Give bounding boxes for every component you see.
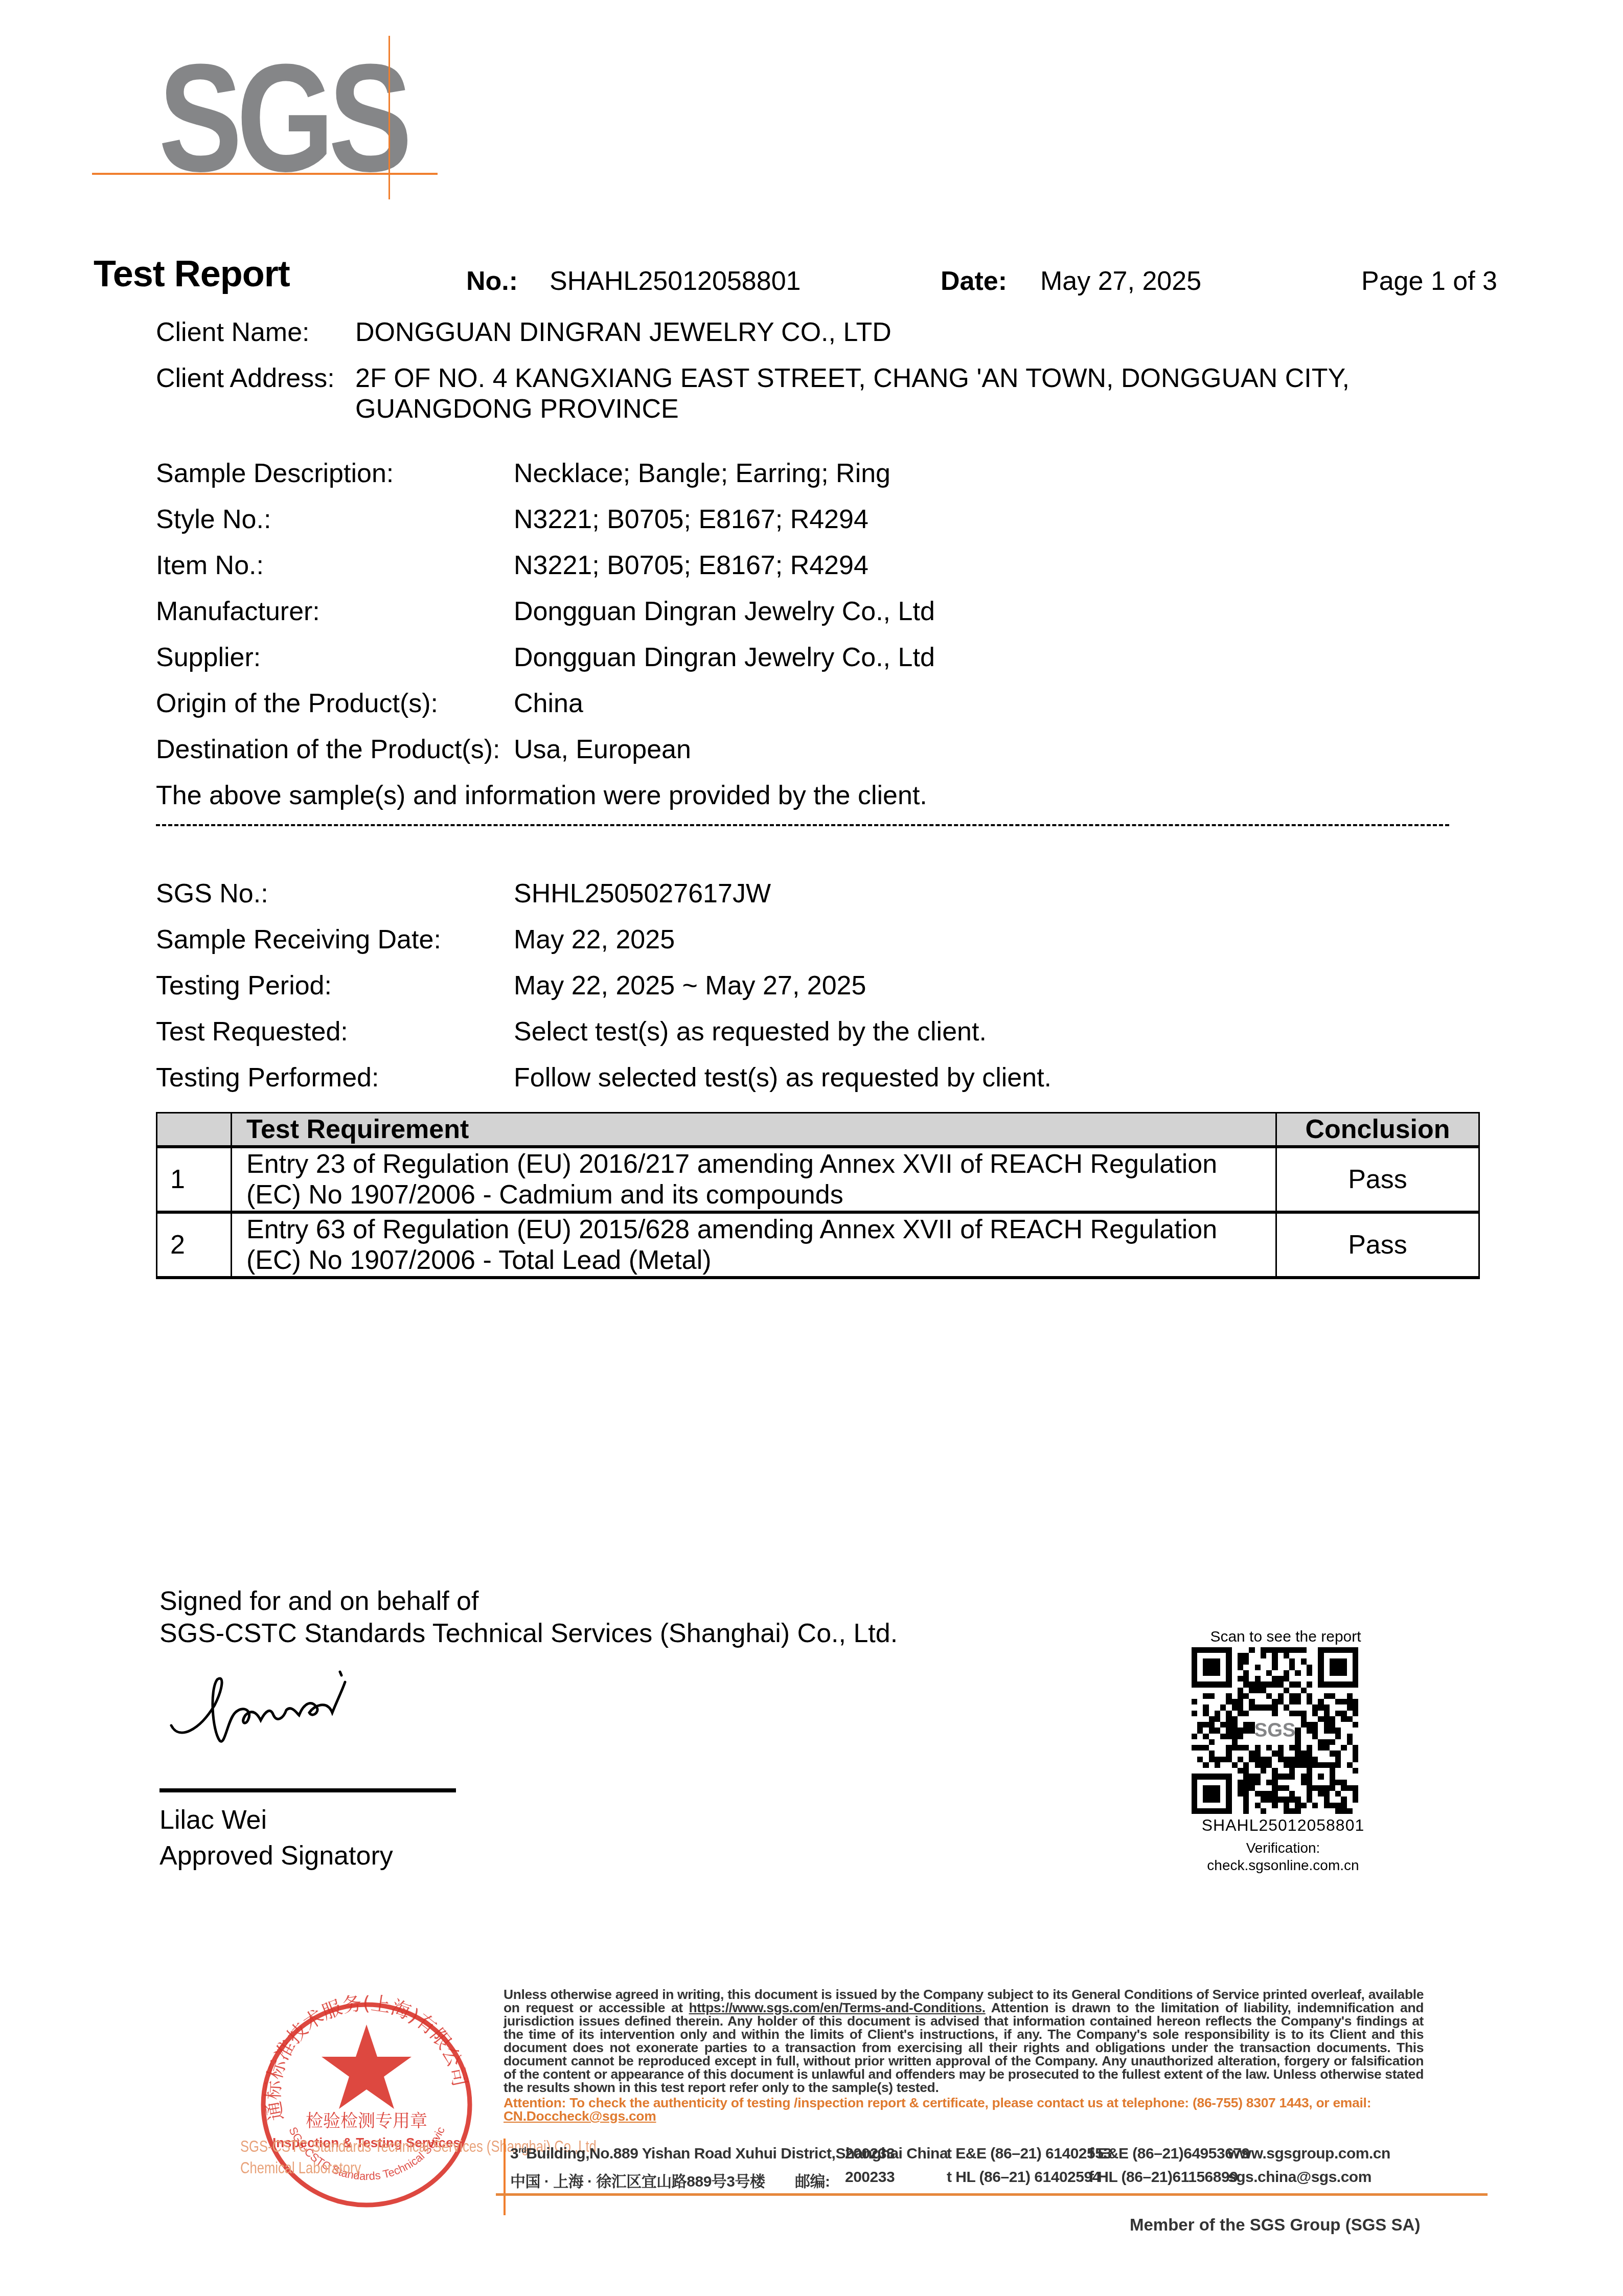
- lab-name: Chemical Laboratory: [240, 2158, 361, 2177]
- qr-caption: Scan to see the report: [1176, 1628, 1396, 1646]
- style-no: N3221; B0705; E8167; R4294: [514, 504, 868, 535]
- sgs-logo: SGS: [92, 36, 440, 204]
- fax-ee: f E&E (86–21)64953679: [1089, 2145, 1250, 2163]
- client-address-line1: 2F OF NO. 4 KANGXIANG EAST STREET, CHANG…: [355, 363, 1350, 394]
- client-name-label: Client Name:: [156, 317, 310, 348]
- sample-description-label: Sample Description:: [156, 458, 394, 489]
- requirement-line1: Entry 63 of Regulation (EU) 2015/628 ame…: [246, 1214, 1269, 1245]
- item-no: N3221; B0705; E8167; R4294: [514, 550, 868, 581]
- authenticity-notice: Attention: To check the authenticity of …: [504, 2096, 1424, 2123]
- manufacturer: Dongguan Dingran Jewelry Co., Ltd: [514, 596, 935, 627]
- address-ordinal: rd: [518, 2146, 526, 2155]
- test-requested-label: Test Requested:: [156, 1016, 348, 1047]
- sample-description: Necklace; Bangle; Earring; Ring: [514, 458, 890, 489]
- manufacturer-label: Manufacturer:: [156, 596, 320, 627]
- test-requirement: Entry 23 of Regulation (EU) 2016/217 ame…: [232, 1147, 1276, 1212]
- seal-center-cn: 检验检测专用章: [306, 2111, 427, 2131]
- signatory-name: Lilac Wei: [159, 1805, 267, 1835]
- website[interactable]: www.sgsgroup.com.cn: [1228, 2145, 1390, 2163]
- verification-label: Verification:: [1176, 1839, 1390, 1857]
- qr-verification: Verification: check.sgsonline.com.cn: [1176, 1839, 1390, 1874]
- qr-report-id: SHAHL25012058801: [1176, 1816, 1390, 1835]
- origin-label: Origin of the Product(s):: [156, 688, 438, 719]
- origin: China: [514, 688, 583, 719]
- page-indicator: Page 1 of 3: [1361, 266, 1497, 297]
- test-requested: Select test(s) as requested by the clien…: [514, 1016, 987, 1047]
- test-requirement: Entry 63 of Regulation (EU) 2015/628 ame…: [232, 1212, 1276, 1278]
- verification-site: check.sgsonline.com.cn: [1176, 1857, 1390, 1874]
- row-number: 1: [157, 1147, 232, 1212]
- receiving-date: May 22, 2025: [514, 924, 675, 955]
- testing-performed: Follow selected test(s) as requested by …: [514, 1062, 1051, 1093]
- results-table-header: Test Requirement Conclusion: [157, 1113, 1479, 1147]
- postcode-cn: 200233: [845, 2169, 895, 2186]
- destination-label: Destination of the Product(s):: [156, 734, 500, 765]
- requirement-line1: Entry 23 of Regulation (EU) 2016/217 ame…: [246, 1149, 1269, 1179]
- signed-on-behalf: Signed for and on behalf of: [159, 1586, 478, 1617]
- fax-hl: f HL (86–21)61156899: [1089, 2169, 1238, 2186]
- postcode-cn-label: 邮编:: [795, 2169, 830, 2191]
- terms-disclaimer: Unless otherwise agreed in writing, this…: [504, 1988, 1424, 2094]
- address-building-no: 3: [510, 2145, 518, 2162]
- supplier-label: Supplier:: [156, 642, 261, 673]
- address-accent-line: [504, 2139, 506, 2215]
- doccheck-email-link[interactable]: CN.Doccheck@sgs.com: [504, 2108, 656, 2124]
- sgs-group-membership: Member of the SGS Group (SGS SA): [1130, 2215, 1420, 2235]
- header-test-requirement: Test Requirement: [232, 1113, 1276, 1147]
- official-seal: 通标标准技术服务(上海)有限公司 SGS-CSTC Standards Tech…: [233, 1991, 488, 2232]
- destination: Usa, European: [514, 734, 691, 765]
- results-table: Test Requirement Conclusion 1 Entry 23 o…: [156, 1112, 1480, 1279]
- signatory-title: Approved Signatory: [159, 1840, 393, 1871]
- report-title: Test Report: [94, 253, 290, 295]
- address-cn: 中国 · 上海 · 徐汇区宜山路889号3号楼: [510, 2169, 765, 2191]
- sgs-logo-text: SGS: [158, 54, 406, 181]
- signature-line: [159, 1788, 456, 1792]
- style-no-label: Style No.:: [156, 504, 271, 535]
- disclaimer-text-continued: Attention is drawn to the limitation of …: [504, 2000, 1424, 2095]
- client-address-label: Client Address:: [156, 363, 335, 394]
- receiving-date-label: Sample Receiving Date:: [156, 924, 441, 955]
- conclusion: Pass: [1276, 1212, 1479, 1278]
- testing-performed-label: Testing Performed:: [156, 1062, 379, 1093]
- sgs-no: SHHL2505027617JW: [514, 878, 771, 909]
- supplier: Dongguan Dingran Jewelry Co., Ltd: [514, 642, 935, 673]
- client-name: DONGGUAN DINGRAN JEWELRY CO., LTD: [355, 317, 891, 348]
- table-row: 1 Entry 23 of Regulation (EU) 2016/217 a…: [157, 1147, 1479, 1212]
- header-conclusion: Conclusion: [1276, 1113, 1479, 1147]
- contact-email[interactable]: sgs.china@sgs.com: [1228, 2169, 1371, 2186]
- tel-ee: t E&E (86–21) 61402553: [947, 2145, 1112, 2163]
- qr-code-icon[interactable]: SGS: [1187, 1647, 1363, 1814]
- report-date: May 27, 2025: [1040, 266, 1201, 297]
- conclusion: Pass: [1276, 1147, 1479, 1212]
- testing-period: May 22, 2025 ~ May 27, 2025: [514, 970, 866, 1001]
- requirement-line2: (EC) No 1907/2006 - Cadmium and its comp…: [246, 1179, 1269, 1210]
- report-number-label: No.:: [466, 266, 518, 297]
- dashed-divider: [156, 824, 1449, 826]
- signing-company: SGS-CSTC Standards Technical Services (S…: [159, 1618, 898, 1649]
- provided-by-client-note: The above sample(s) and information were…: [156, 780, 927, 811]
- postcode-en: 200233: [845, 2145, 895, 2163]
- tel-hl: t HL (86–21) 61402594: [947, 2169, 1101, 2186]
- item-no-label: Item No.:: [156, 550, 264, 581]
- handwritten-signature: [164, 1664, 450, 1766]
- row-number: 2: [157, 1212, 232, 1278]
- svg-text:SGS: SGS: [1254, 1719, 1296, 1741]
- logo-horizontal-rule: [92, 173, 438, 175]
- header-no: [157, 1113, 232, 1147]
- report-number: SHAHL25012058801: [550, 266, 801, 297]
- client-address-line2: GUANGDONG PROVINCE: [355, 394, 679, 424]
- sgs-no-label: SGS No.:: [156, 878, 268, 909]
- testing-period-label: Testing Period:: [156, 970, 332, 1001]
- report-date-label: Date:: [941, 266, 1007, 297]
- logo-vertical-rule: [388, 36, 390, 199]
- table-row: 2 Entry 63 of Regulation (EU) 2015/628 a…: [157, 1212, 1479, 1278]
- requirement-line2: (EC) No 1907/2006 - Total Lead (Metal): [246, 1245, 1269, 1276]
- footer-divider: [496, 2193, 1488, 2196]
